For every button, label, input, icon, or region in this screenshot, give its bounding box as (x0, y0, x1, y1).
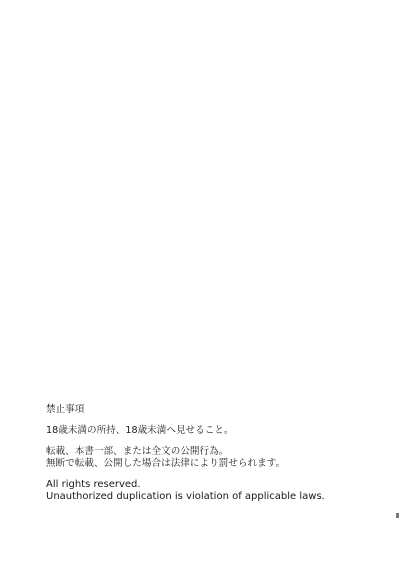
unauthorized-duplication-warning: Unauthorized duplication is violation of… (46, 491, 386, 503)
spacer (46, 416, 386, 425)
notice-heading: 禁止事項 (46, 404, 386, 416)
prohibition-minors: 18歳未満の所持、18歳未満へ見せること。 (46, 425, 386, 437)
page-mark (396, 513, 399, 518)
rights-reserved: All rights reserved. (46, 479, 386, 491)
prohibition-penalty: 無断で転載、公開した場合は法律により罰せられます。 (46, 458, 386, 470)
spacer (46, 437, 386, 446)
copyright-notice: 禁止事項 18歳未満の所持、18歳未満へ見せること。 転載、本書一部、または全文… (46, 404, 386, 503)
prohibition-reproduction: 転載、本書一部、または全文の公開行為。 (46, 446, 386, 458)
spacer (46, 470, 386, 479)
